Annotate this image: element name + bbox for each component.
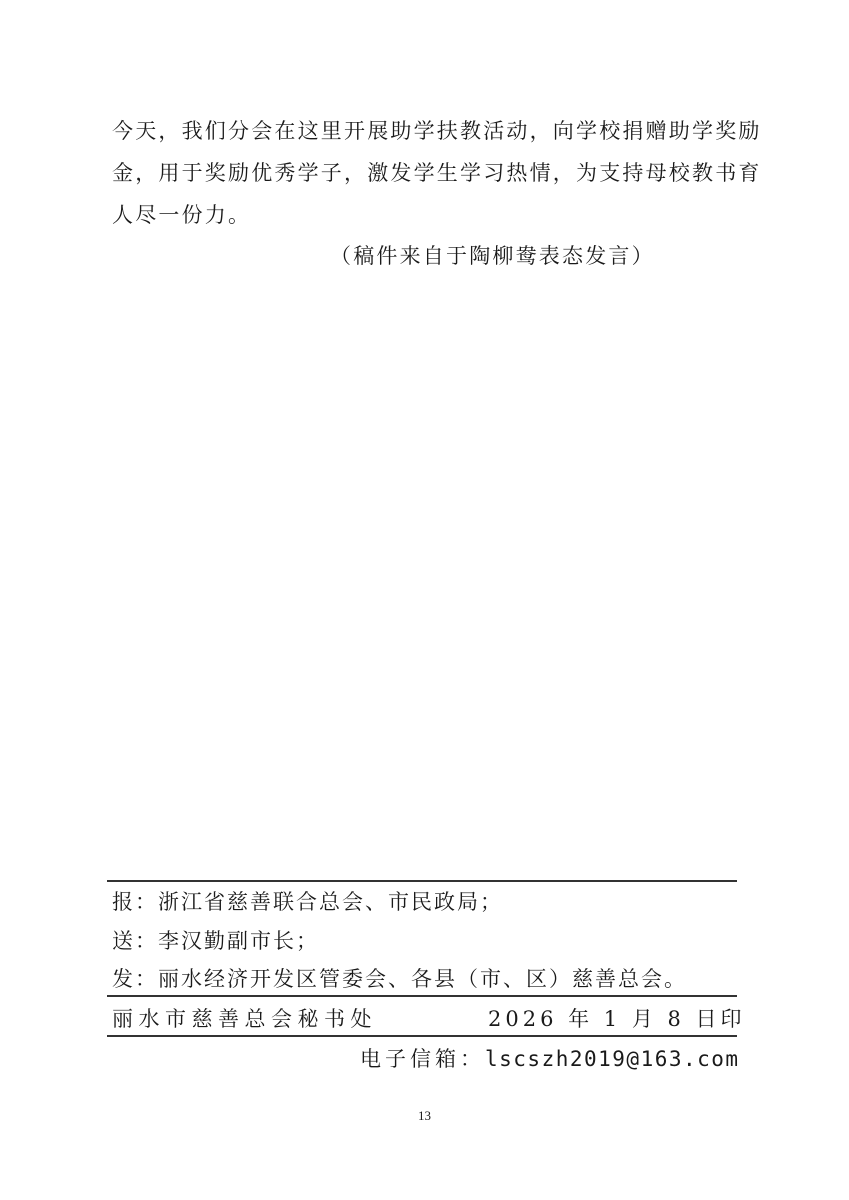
paragraph-line: 金，用于奖励优秀学子，激发学生学习热情，为支持母校教书育	[112, 152, 742, 194]
print-date: 2026 年 1 月 8 日印	[488, 1003, 746, 1033]
email-label: 电子信箱：	[360, 1047, 485, 1071]
page-number: 13	[0, 1108, 849, 1124]
divider-top	[107, 880, 737, 882]
send-to: 送：李汉勤副市长；	[112, 925, 319, 955]
source-note: （稿件来自于陶柳鸯表态发言）	[330, 240, 655, 270]
report-to: 报：浙江省慈善联合总会、市民政局；	[112, 886, 503, 916]
body-paragraph: 今天，我们分会在这里开展助学扶教活动，向学校捐赠助学奖励 金，用于奖励优秀学子，…	[112, 110, 742, 236]
paragraph-line: 人尽一份力。	[112, 194, 742, 236]
email-line: 电子信箱：lscszh2019@163.com	[360, 1043, 740, 1073]
divider-bottom	[107, 1035, 737, 1037]
paragraph-line: 今天，我们分会在这里开展助学扶教活动，向学校捐赠助学奖励	[112, 110, 742, 152]
divider-middle	[107, 995, 737, 997]
email-address: lscszh2019@163.com	[485, 1047, 740, 1071]
issue-to: 发：丽水经济开发区管委会、各县（市、区）慈善总会。	[112, 963, 687, 993]
issuer: 丽水市慈善总会秘书处	[112, 1003, 377, 1033]
